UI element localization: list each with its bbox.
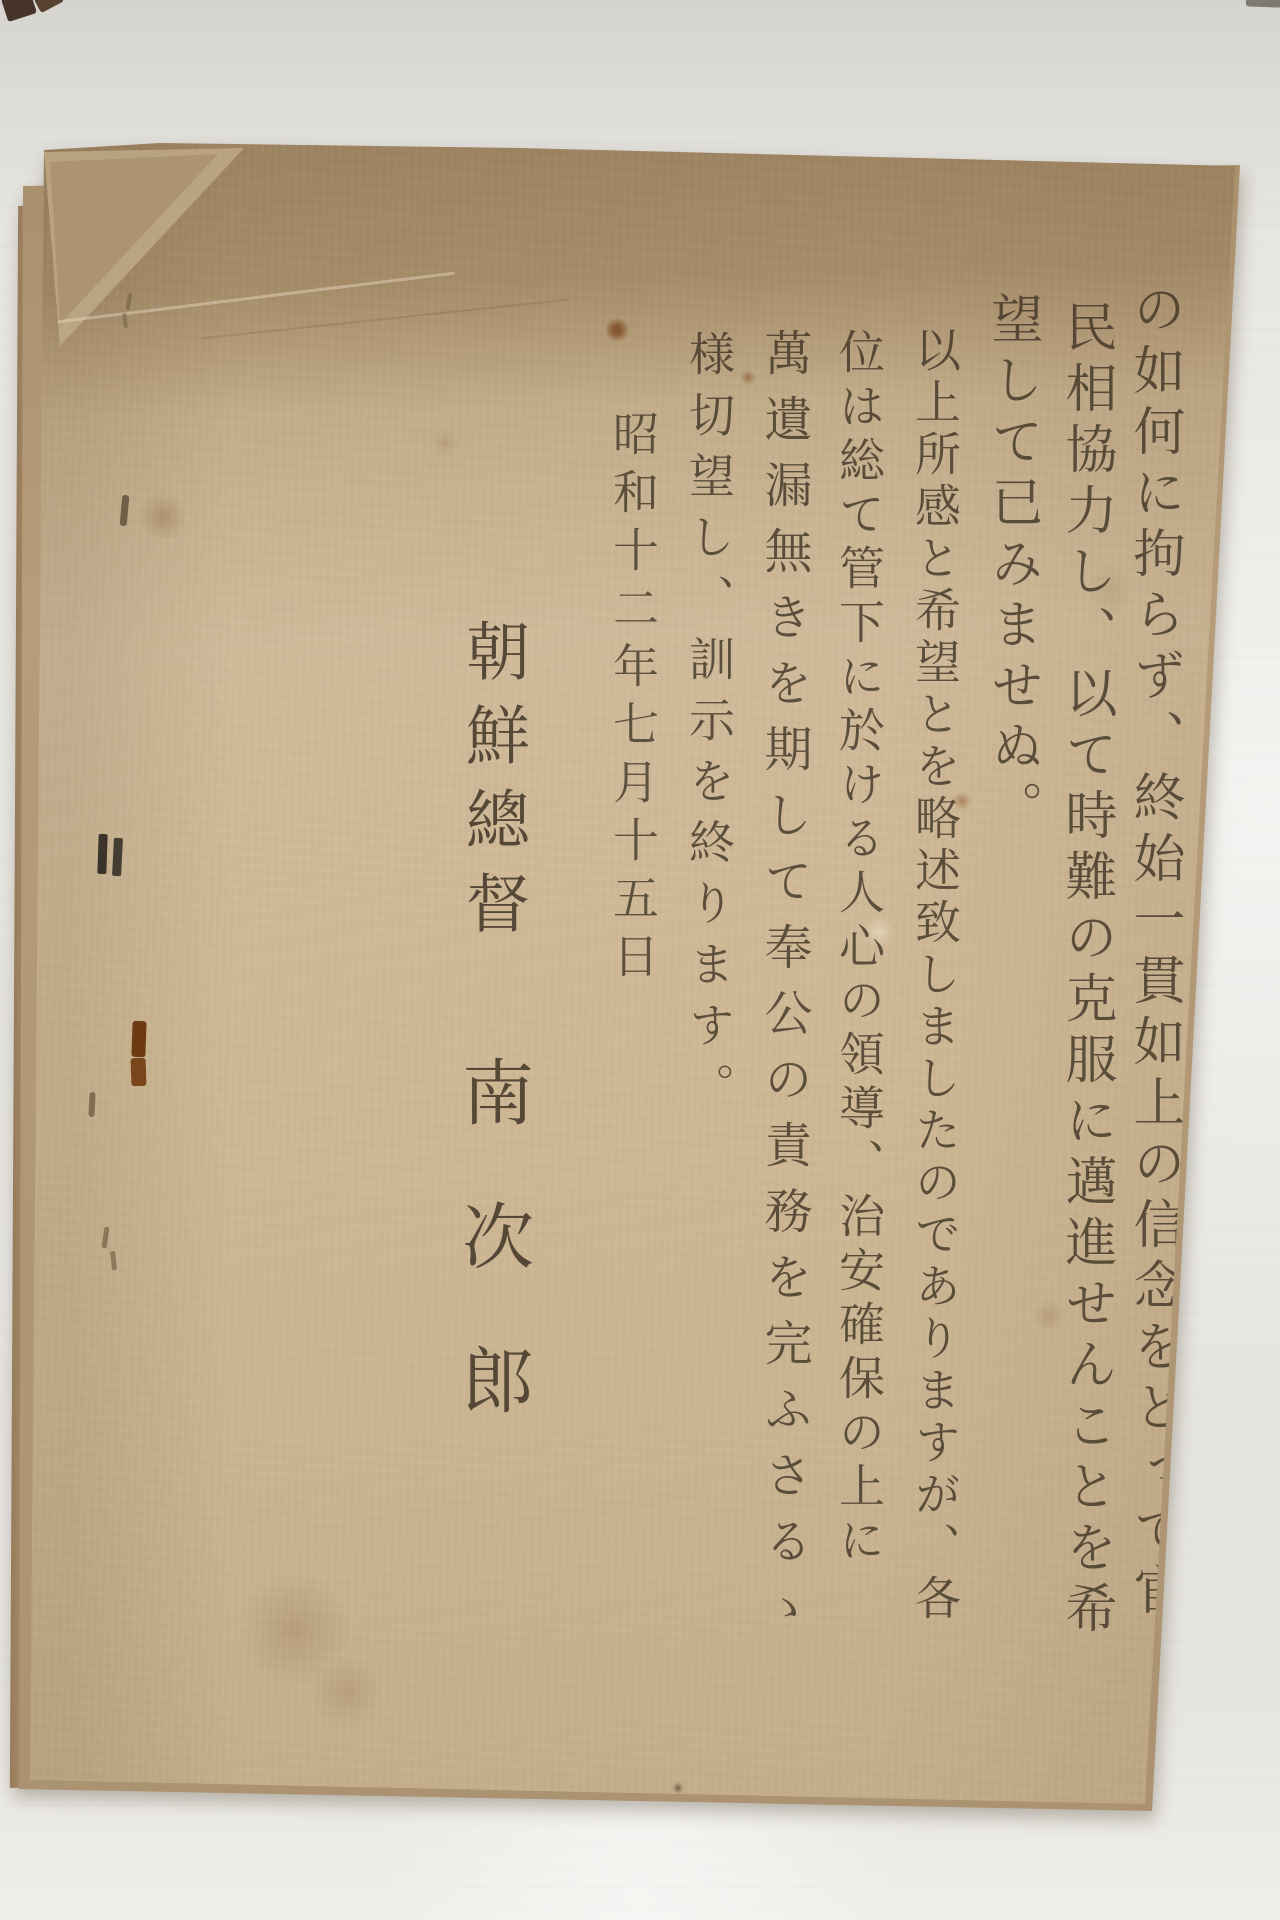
foxing-stain <box>140 492 186 542</box>
foxing-stain <box>740 370 756 385</box>
signature-name: 南次郎 <box>456 1055 528 1487</box>
rusty-staple <box>131 1058 147 1087</box>
handwritten-column-4: 以上所感と希望とを略述致しましたのでありますが、各 <box>912 326 958 1626</box>
signature-title: 朝鮮總督 <box>460 618 524 954</box>
handwritten-column-3: 望して已みませぬ。 <box>986 292 1038 841</box>
foxing-stain <box>604 318 630 342</box>
date-line: 昭和十二年七月十五日 <box>610 410 656 990</box>
rusty-staple <box>131 1021 146 1057</box>
handwritten-column-6: 萬遺漏無きを期して奉公の責務を完ふさるゝ <box>760 328 808 1648</box>
paper-stack: の如何に拘らず、終始一貫如上の信念をとって官 民相協力し、以て時難の克服に邁進せ… <box>0 0 1280 1920</box>
foxing-stain <box>672 1782 684 1794</box>
paper-sheet: の如何に拘らず、終始一貫如上の信念をとって官 民相協力し、以て時難の克服に邁進せ… <box>0 0 1280 1920</box>
foxing-stain <box>430 430 460 456</box>
dark-staple <box>97 834 107 874</box>
handwritten-column-2: 民相協力し、以て時難の克服に邁進せんことを希 <box>1060 300 1112 1642</box>
foxing-stain <box>312 1655 382 1729</box>
photo-scene: の如何に拘らず、終始一貫如上の信念をとって官 民相協力し、以て時難の克服に邁進せ… <box>0 0 1280 1920</box>
handwritten-column-5: 位は総て管下に於ける人心の領導、治安確保の上に <box>836 328 882 1570</box>
handwritten-column-7: 様切望し、訓示を終ります。 <box>686 330 732 1123</box>
